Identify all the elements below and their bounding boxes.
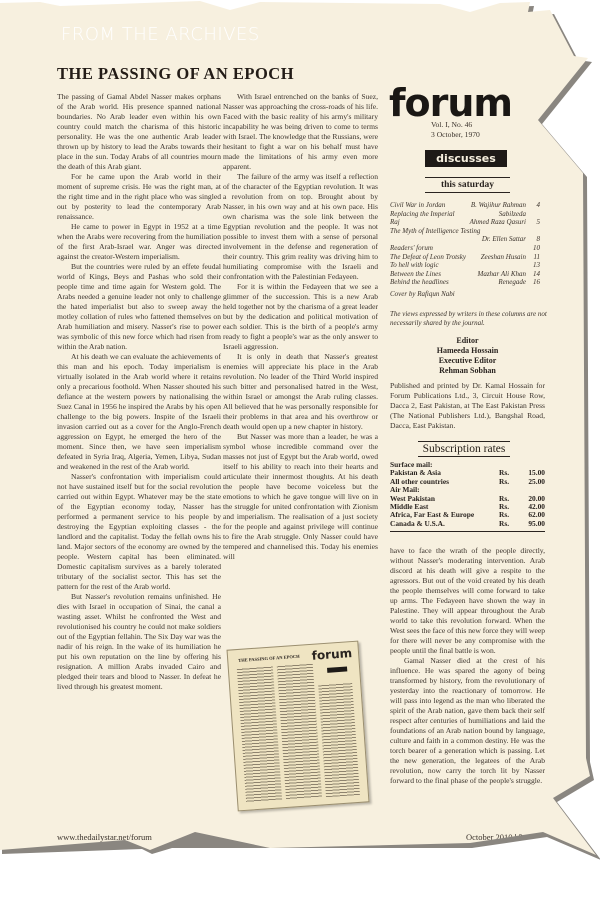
contents-title: Between the Lines — [390, 270, 441, 279]
contents-item: Replacing the ImperialSabilzeda — [390, 210, 540, 219]
article-column-3: have to face the wrath of the people dir… — [390, 546, 545, 786]
contents-author — [433, 244, 530, 253]
section-label: FROM THE ARCHIVES — [61, 24, 260, 45]
contents-item: Dr. Ellen Sattar8 — [390, 235, 540, 244]
contents-page: 16 — [530, 278, 540, 287]
contents-author: B. Wajihur Rahman — [445, 201, 530, 210]
editorial-credits: Editor Hameeda Hossain Executive Editor … — [390, 336, 545, 376]
publisher-info: Published and printed by Dr. Kamal Hossa… — [390, 381, 545, 431]
thumbnail-text-column — [277, 663, 322, 800]
contents-item: To hell with logic13 — [390, 261, 540, 270]
contents-list: Civil War in JordanB. Wajihur Rahman4 Re… — [390, 201, 540, 299]
contents-page: 8 — [530, 235, 540, 244]
contents-item: The Defeat of Leon TrotskyZeeshan Husain… — [390, 253, 540, 262]
contents-title: Raj — [390, 218, 400, 227]
contents-title: Readers' forum — [390, 244, 433, 253]
contents-item: Behind the headlinesRenegade16 — [390, 278, 540, 287]
footer-url: www.thedailystar.net/forum — [57, 832, 152, 842]
contents-item: RajAhmed Raza Qasuri5 — [390, 218, 540, 227]
paragraph: With Israel entrenched on the banks of S… — [223, 92, 378, 172]
editor-name: Hameeda Hossain — [390, 346, 545, 356]
contents-page: 10 — [530, 244, 540, 253]
article-column-2: With Israel entrenched on the banks of S… — [223, 92, 378, 562]
paragraph: Gamal Nasser died at the crest of his in… — [390, 656, 545, 786]
volume-number: Vol. I, No. 46 — [431, 120, 480, 130]
paragraph: For he came upon the Arab world in their… — [57, 172, 221, 222]
thumbnail-text-column — [237, 666, 282, 803]
contents-title: Behind the headlines — [390, 278, 449, 287]
paragraph: have to face the wrath of the people dir… — [390, 546, 545, 656]
paragraph: At his death we can evaluate the achieve… — [57, 352, 221, 472]
contents-title: To hell with logic — [390, 261, 439, 270]
thumbnail-banner — [327, 666, 347, 672]
contents-page: 13 — [530, 261, 540, 270]
subscription-title: Subscription rates — [418, 441, 510, 457]
contents-page — [530, 227, 540, 236]
subscription-currency: Rs. — [499, 478, 521, 486]
contents-author: Sabilzeda — [455, 210, 530, 219]
forum-logo: forum — [389, 84, 512, 122]
subscription-region: Canada & U.S.A. — [390, 520, 499, 528]
paragraph: But Nasser was more than a leader, he wa… — [223, 432, 378, 562]
issue-date: 3 October, 1970 — [431, 130, 480, 140]
issue-info: Vol. I, No. 46 3 October, 1970 — [431, 120, 480, 139]
editor-label: Editor — [390, 336, 545, 346]
subscription-table: Surface mail: Pakistan & AsiaRs.15.00 Al… — [390, 461, 545, 532]
torn-page: FROM THE ARCHIVES THE PASSING OF AN EPOC… — [0, 0, 600, 902]
exec-editor-name: Rehman Sobhan — [390, 366, 545, 376]
contents-author — [480, 227, 530, 236]
contents-page: 4 — [530, 201, 540, 210]
subscription-row: Canada & U.S.A.Rs.95.00 — [390, 520, 545, 528]
cover-credit: Cover by Rafiqun Nabi — [390, 290, 540, 299]
thumbnail-text-column — [318, 682, 360, 797]
contents-item: Civil War in JordanB. Wajihur Rahman4 — [390, 201, 540, 210]
paragraph: He came to power in Egypt in 1952 at a t… — [57, 222, 221, 262]
contents-author: Dr. Ellen Sattar — [390, 235, 530, 244]
contents-title: Replacing the Imperial — [390, 210, 455, 219]
contents-author: Zeeshan Husain — [466, 253, 530, 262]
contents-author: Ahmed Raza Qasuri — [400, 218, 530, 227]
paragraph: But the countries were ruled by an effet… — [57, 262, 221, 352]
article-column-1: The passing of Gamal Abdel Nasser makes … — [57, 92, 221, 692]
original-page-thumbnail: THE PASSING OF AN EPOCH forum — [227, 641, 370, 812]
contents-page: 5 — [530, 218, 540, 227]
contents-page: 14 — [530, 270, 540, 279]
contents-item: The Myth of Intelligence Testing — [390, 227, 540, 236]
contents-author — [439, 261, 530, 270]
paragraph: For it is within the Fedayeen that we se… — [223, 282, 378, 352]
contents-item: Between the LinesMazhar Ali Khan14 — [390, 270, 540, 279]
article-headline: THE PASSING OF AN EPOCH — [57, 64, 294, 84]
contents-author: Mazhar Ali Khan — [441, 270, 530, 279]
subscription-currency: Rs. — [499, 520, 521, 528]
paragraph: Nasser's confrontation with imperialism … — [57, 472, 221, 592]
disclaimer: The views expressed by writers in these … — [390, 310, 548, 328]
paragraph: It is only in death that Nasser's greate… — [223, 352, 378, 432]
contents-page: 11 — [530, 253, 540, 262]
paragraph: The passing of Gamal Abdel Nasser makes … — [57, 92, 221, 172]
thumbnail-headline: THE PASSING OF AN EPOCH — [238, 654, 300, 663]
contents-item: Readers' forum10 — [390, 244, 540, 253]
contents-author: Renegade — [449, 278, 530, 287]
thumbnail-logo: forum — [311, 646, 352, 663]
contents-title: The Defeat of Leon Trotsky — [390, 253, 466, 262]
contents-title: The Myth of Intelligence Testing — [390, 227, 480, 236]
contents-page — [530, 210, 540, 219]
subscription-amount: 25.00 — [521, 478, 545, 486]
paragraph: But Nasser's revolution remains unfinish… — [57, 592, 221, 692]
contents-title: Civil War in Jordan — [390, 201, 445, 210]
discusses-banner: discusses — [425, 150, 507, 167]
paragraph: The failure of the army was itself a ref… — [223, 172, 378, 282]
this-saturday-heading: this saturday — [425, 177, 510, 193]
subscription-amount: 95.00 — [521, 520, 545, 528]
exec-editor-label: Executive Editor — [390, 356, 545, 366]
